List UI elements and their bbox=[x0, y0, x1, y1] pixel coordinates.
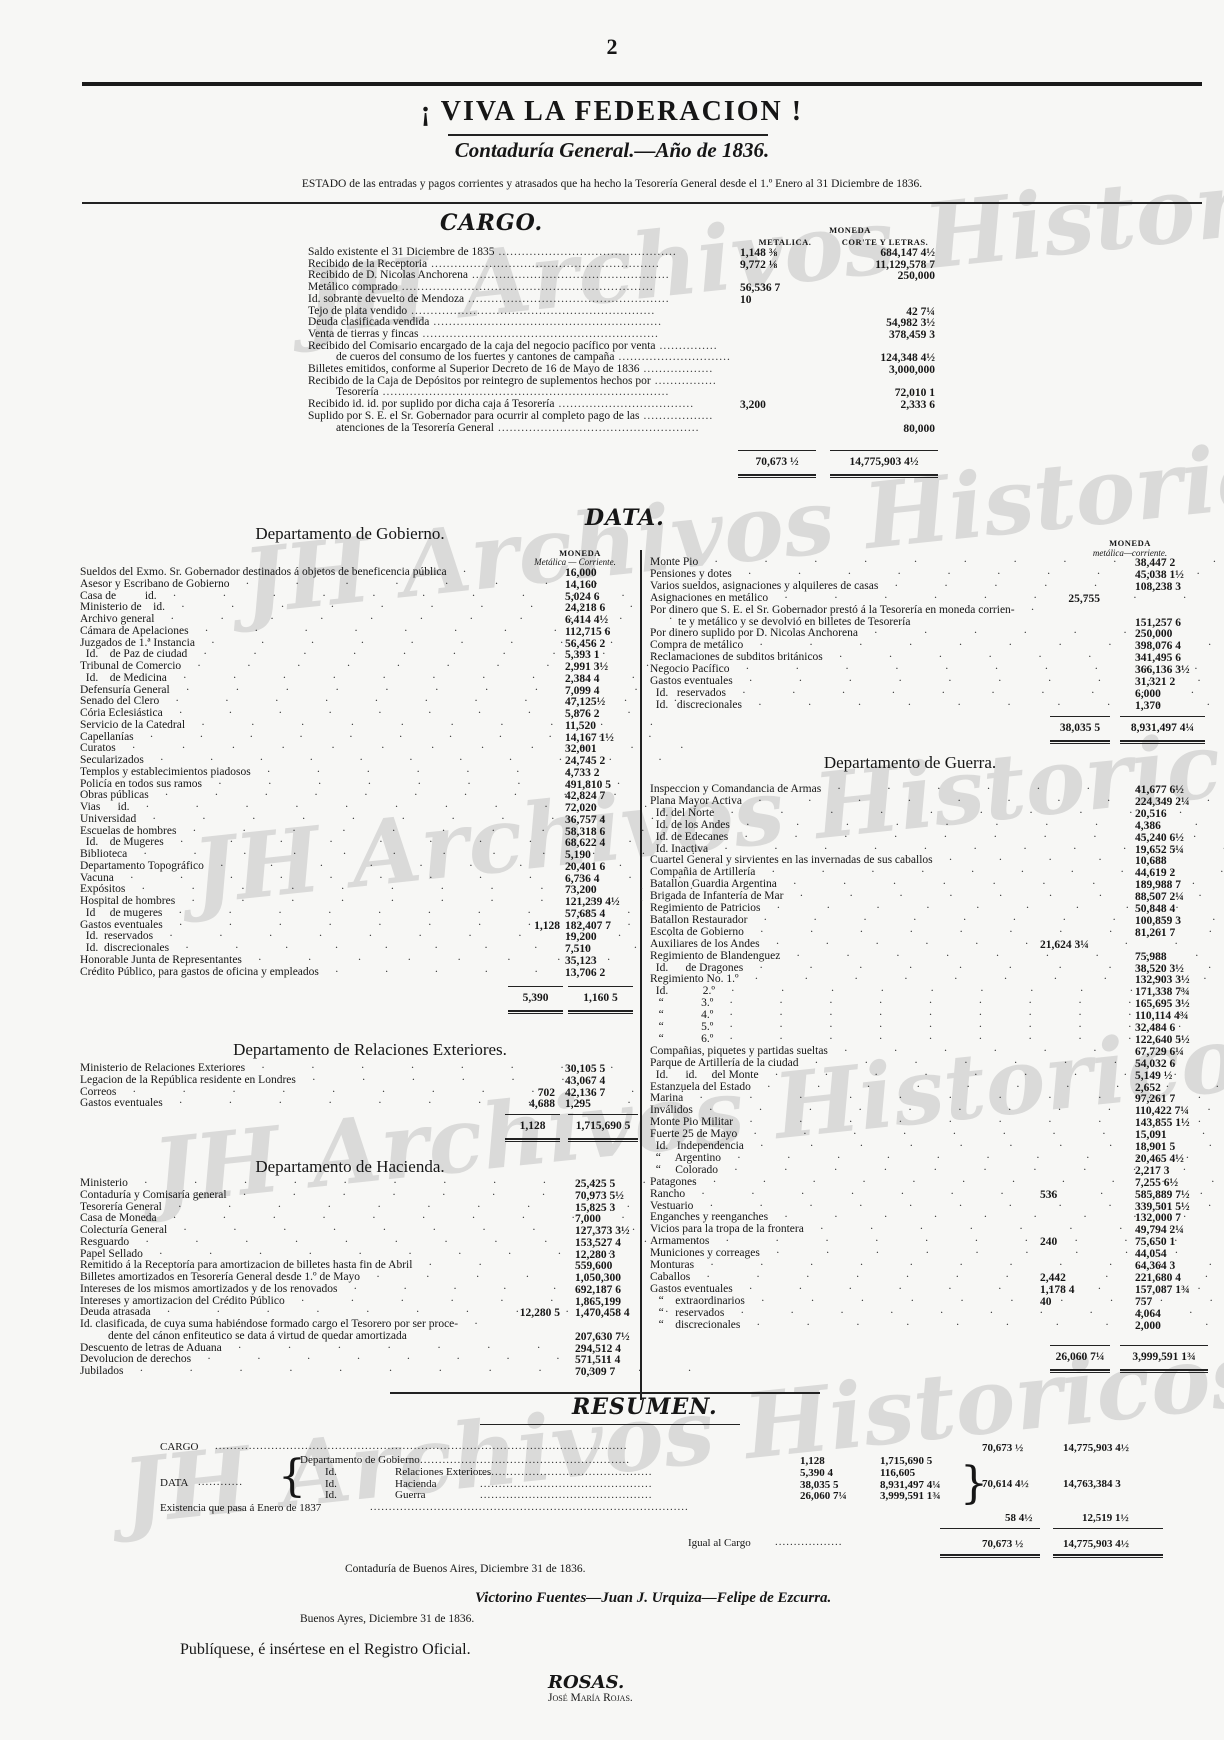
leader-dashes: · bbox=[474, 1319, 478, 1331]
resumen-cargo-label: CARGO bbox=[160, 1442, 199, 1454]
table-row: Resguardo· · · · · · · · · · · · bbox=[80, 1237, 510, 1249]
corriente-value: 13,706 2 bbox=[565, 967, 635, 979]
header-rule bbox=[82, 202, 1202, 204]
resumen-igual-metalica: 70,673 ½ bbox=[982, 1538, 1052, 1550]
leader-dashes: · · · · · · · · bbox=[814, 1058, 1167, 1070]
table-row: Id. de Edecanes· · · · · · · · · · · bbox=[650, 832, 1070, 844]
table-row: Id. discrecionales· · · · · · · · · · bbox=[650, 700, 1070, 712]
leader-dashes: · · · · · · · · · bbox=[784, 593, 1186, 605]
corriente-value: 57,685 4 bbox=[565, 908, 635, 920]
leader-dashes: · · · · · · · · bbox=[261, 1063, 614, 1075]
row-label: Id. de Medicina bbox=[80, 673, 167, 685]
row-label: Patagones bbox=[650, 1177, 697, 1189]
double-rule bbox=[940, 1554, 1040, 1558]
leader-dots: ........................................… bbox=[402, 282, 654, 294]
row-label-cont: atenciones de la Tesorería General bbox=[336, 423, 494, 435]
table-row: Vias id.· · · · · · · · · · · bbox=[80, 802, 510, 814]
corriente-value: 35,123 bbox=[565, 955, 635, 967]
table-row: Saldo existente el 31 Diciembre de 1835.… bbox=[308, 247, 748, 259]
total-rule bbox=[830, 450, 938, 451]
row-label: Resguardo bbox=[80, 1237, 129, 1249]
row-label: Contaduría y Comisaría general bbox=[80, 1190, 227, 1202]
row-label: “ 4.º bbox=[650, 1010, 713, 1022]
table-row: Secularizados· · · · · · · · · · · bbox=[80, 755, 510, 767]
row-label: Marina bbox=[650, 1093, 683, 1105]
signatories: Victorino Fuentes—Juan J. Urquiza—Felipe… bbox=[475, 1590, 831, 1607]
table-row: Auxiliares de los Andes· · · · · · · · ·… bbox=[650, 939, 1070, 951]
corriente-value: 151,257 6 bbox=[1135, 617, 1215, 629]
table-row: Batallon Restaurador· · · · · · · · · · bbox=[650, 915, 1070, 927]
metalica-value: 1,178 4 bbox=[1040, 1284, 1110, 1296]
corriente-value: 11,520 bbox=[565, 720, 635, 732]
row-label: Id. del Norte bbox=[650, 808, 714, 820]
row-label: “ discrecionales bbox=[650, 1320, 740, 1332]
row-label: “ 6.º bbox=[650, 1034, 713, 1046]
leader-dashes: · · · · · · · bbox=[837, 784, 1140, 796]
double-rule bbox=[1053, 1554, 1163, 1558]
table-row: Legacion de la República residente en Lo… bbox=[80, 1075, 510, 1087]
double-rule bbox=[568, 1010, 633, 1014]
corriente-value: 12,280 3 bbox=[575, 1249, 645, 1261]
total-rule bbox=[508, 986, 563, 987]
table-row: Universidad· · · · · · · · · · · bbox=[80, 814, 510, 826]
leader-dashes: · · · · · · · · · bbox=[220, 861, 622, 873]
corriente-value: 20,516 bbox=[1135, 808, 1215, 820]
row-label: Caballos bbox=[650, 1272, 690, 1284]
leader-dashes: · · · · · · · · · · bbox=[179, 708, 631, 720]
total-rule bbox=[1050, 716, 1110, 717]
table-row: Pensiones y dotes· · · · · · · · · · bbox=[650, 569, 1070, 581]
row-label: Auxiliares de los Andes bbox=[650, 939, 760, 951]
row-label: Armamentos bbox=[650, 1236, 709, 1248]
row-label: Cuartel General y sirvientes en las inve… bbox=[650, 855, 933, 867]
table-row: Escolta de Gobierno· · · · · · · · · · bbox=[650, 927, 1070, 939]
corriente-value: 20,401 6 bbox=[565, 861, 635, 873]
corriente-value: 7,255 6½ bbox=[1135, 1177, 1215, 1189]
row-label: Id. de los Andes bbox=[650, 820, 730, 832]
table-row: Templos y establecimientos piadosos· · ·… bbox=[80, 767, 510, 779]
row-label: “ Argentino bbox=[650, 1153, 721, 1165]
row-label: Ministerio de Relaciones Exteriores bbox=[80, 1063, 245, 1075]
row-label: Rancho bbox=[650, 1189, 685, 1201]
leader-dashes: · · · · · · · · bbox=[258, 955, 611, 967]
resumen-data-prefix: Departamento de Gobierno bbox=[300, 1455, 420, 1467]
row-label: Biblioteca bbox=[80, 849, 127, 861]
table-row: Crédito Público, para gastos de oficina … bbox=[80, 967, 510, 979]
leader-dashes: · bbox=[463, 567, 467, 579]
leader-dots: ........................................… bbox=[422, 329, 658, 341]
row-label: Secularizados bbox=[80, 755, 144, 767]
leader-dashes: · bbox=[1031, 605, 1035, 617]
metalica-total: 70,673 ½ bbox=[738, 456, 816, 468]
corriente-value: 684,147 4½ bbox=[835, 247, 935, 259]
corriente-value: 757 bbox=[1135, 1296, 1215, 1308]
row-label: Compañias, piquetes y partidas sueltas bbox=[650, 1046, 828, 1058]
table-row: Caballos· · · · · · · · · · · · bbox=[650, 1272, 1070, 1284]
row-label: Regimiento No. 1.º bbox=[650, 974, 739, 986]
hacienda-title: Departamento de Hacienda. bbox=[160, 1157, 540, 1177]
contaduria-date: Contaduría de Buenos Aires, Diciembre 31… bbox=[345, 1563, 586, 1575]
metalica-value: 1,148 ⅜ bbox=[740, 247, 798, 259]
table-row: “ 6.º· · · · · · · · · · · bbox=[650, 1034, 1070, 1046]
corriente-total: 1,715,690 5 bbox=[568, 1120, 638, 1132]
metalica-value: 10 bbox=[740, 294, 798, 306]
row-label-cont: te y metálico y se devolvió en billetes … bbox=[678, 617, 910, 629]
metalica-value: 40 bbox=[1040, 1296, 1110, 1308]
metalica-value: 536 bbox=[1040, 1189, 1110, 1201]
double-rule bbox=[568, 1138, 638, 1142]
leader-dots: ................................... bbox=[558, 399, 694, 411]
row-label: Id. Independencia bbox=[650, 1141, 744, 1153]
motto-heading: ¡ VIVA LA FEDERACION ! bbox=[0, 96, 1224, 128]
corriente-value: 398,076 4 bbox=[1135, 640, 1215, 652]
row-label: Billetes amortizados en Tesorería Genera… bbox=[80, 1272, 360, 1284]
metalica-value: 9,772 ⅛ bbox=[740, 259, 798, 271]
cargo-corriente-header: COR'TE Y LETRAS. bbox=[830, 237, 940, 247]
table-row: Jubilados· · · · · · · · · · · · bbox=[80, 1366, 510, 1378]
corriente-value: 250,000 bbox=[835, 270, 935, 282]
row-label: Hospital de hombres bbox=[80, 896, 175, 908]
corriente-value: 11,129,578 7 bbox=[835, 259, 935, 271]
row-label: “ 5.º bbox=[650, 1022, 713, 1034]
leader-dots: .................. bbox=[775, 1536, 843, 1548]
gobierno-title: Departamento de Gobierno. bbox=[160, 524, 540, 544]
cargo-metalica-header: METALICA. bbox=[745, 237, 825, 247]
corriente-value: 5,149 ½ bbox=[1135, 1070, 1215, 1082]
table-row: “ Argentino· · · · · · · · · · · bbox=[650, 1153, 1070, 1165]
corriente-value: 207,630 7½ bbox=[575, 1331, 645, 1343]
table-row: Billetes emitidos, conforme al Superior … bbox=[308, 364, 748, 376]
corriente-value: 585,889 7½ bbox=[1135, 1189, 1215, 1201]
leader-dots: ........................................… bbox=[215, 1440, 628, 1452]
double-rule bbox=[505, 1138, 560, 1142]
row-label: Id. 2.º bbox=[650, 986, 715, 998]
row-label: Regimiento de Patricios bbox=[650, 903, 761, 915]
row-label: Id. clasificada, de cuya suma habiéndose… bbox=[80, 1319, 458, 1331]
row-label: Pensiones y dotes bbox=[650, 569, 732, 581]
row-label: Servicio de la Catedral bbox=[80, 720, 185, 732]
motto-rule bbox=[448, 134, 768, 136]
row-label: “ 3.º bbox=[650, 998, 713, 1010]
corriente-value: 2,217 3 bbox=[1135, 1165, 1215, 1177]
metalica-value: 4,688 bbox=[505, 1098, 555, 1110]
corriente-value: 108,238 3 bbox=[1135, 581, 1215, 593]
corriente-value: 54,032 6 bbox=[1135, 1058, 1215, 1070]
row-label: Gastos eventuales bbox=[650, 676, 733, 688]
leader-dots: .................. bbox=[644, 411, 714, 423]
corriente-value: 43,067 4 bbox=[565, 1075, 635, 1087]
table-row: Id. sobrante devuelto de Mendoza........… bbox=[308, 294, 748, 306]
leader-dots: ........................................… bbox=[480, 1478, 653, 1490]
row-label: Cámara de Apelaciones bbox=[80, 626, 189, 638]
corriente-value: 3,000,000 bbox=[835, 364, 935, 376]
corriente-value: 2,333 6 bbox=[835, 399, 935, 411]
table-row: Servicio de la Catedral· · · · · · · · ·… bbox=[80, 720, 510, 732]
resumen-rule bbox=[480, 1424, 740, 1425]
corriente-value: 72,010 1 bbox=[835, 387, 935, 399]
row-label: Estanzuela del Estado bbox=[650, 1082, 751, 1094]
row-label: Gastos eventuales bbox=[80, 1098, 163, 1110]
row-label: Parque de Artillería de la ciudad bbox=[650, 1058, 798, 1070]
total-rule bbox=[1053, 1528, 1163, 1529]
row-label: Monte Pio Militar bbox=[650, 1117, 733, 1129]
table-row: Asesor y Escribano de Gobierno· · · · · … bbox=[80, 579, 510, 591]
resumen-data-label: DATA bbox=[160, 1478, 188, 1490]
table-row: Compañias, piquetes y partidas sueltas· … bbox=[650, 1046, 1070, 1058]
leader-dots: ........................................… bbox=[498, 423, 700, 435]
corriente-value: 1,295 bbox=[565, 1098, 635, 1110]
leader-dashes: · · · · · · · · · · bbox=[748, 569, 1200, 581]
corriente-value: 2,000 bbox=[1135, 1320, 1215, 1332]
leader-dots: ........................................… bbox=[480, 1466, 653, 1478]
right-moneda-header: MONEDA bbox=[1080, 538, 1180, 548]
leader-dashes: · · · · · · · · · · bbox=[776, 939, 1224, 951]
row-label: Reclamaciones de subditos británicos bbox=[650, 652, 823, 664]
metalica-value: 21,624 3¼ bbox=[1040, 939, 1110, 951]
row-label: Por dinero suplido por D. Nicolas Anchor… bbox=[650, 628, 858, 640]
table-row: Venta de tierras y fincas...............… bbox=[308, 329, 748, 341]
corriente-value: 153,527 4 bbox=[575, 1237, 645, 1249]
resumen-cargo-corriente: 14,775,903 4½ bbox=[1063, 1442, 1163, 1454]
table-row: Honorable Junta de Representantes· · · ·… bbox=[80, 955, 510, 967]
row-label: Vestuario bbox=[650, 1201, 693, 1213]
row-label: Brigada de Infantería de Mar bbox=[650, 891, 783, 903]
row-label: Batallon Restaurador bbox=[650, 915, 747, 927]
table-row: Id. del Norte· · · · · · · · · · · bbox=[650, 808, 1070, 820]
table-row: Regimiento de Blandenguez· · · · · · · ·… bbox=[650, 951, 1070, 963]
corriente-value: 24,745 2 bbox=[565, 755, 635, 767]
corriente-value: 81,261 7 bbox=[1135, 927, 1215, 939]
row-label: Fuerte 25 de Mayo bbox=[650, 1129, 737, 1141]
table-row: Id. id. del Monte· · · · · · · · · · bbox=[650, 1070, 1070, 1082]
resumen-igual-label: Igual al Cargo bbox=[688, 1538, 751, 1550]
row-label: “ extraordinarios bbox=[650, 1296, 745, 1308]
corriente-value: 19,652 5¼ bbox=[1135, 844, 1215, 856]
metalica-value: 3,200 bbox=[740, 399, 798, 411]
row-label: Compra de metálico bbox=[650, 640, 743, 652]
corriente-value: 54,982 3½ bbox=[835, 317, 935, 329]
leader-dots: ........................................… bbox=[499, 247, 677, 259]
table-row: “ Colorado· · · · · · · · · · · bbox=[650, 1165, 1070, 1177]
resumen-data-name: Relaciones Exteriores bbox=[395, 1467, 491, 1479]
leader-dashes: · · · · · bbox=[335, 967, 538, 979]
row-label: Escolta de Gobierno bbox=[650, 927, 744, 939]
row-label: Metálico comprado bbox=[308, 282, 398, 294]
row-label: Colecturía General bbox=[80, 1225, 167, 1237]
leader-dashes: · · · · · · · · · · bbox=[749, 1284, 1201, 1296]
table-row: Plana Mayor Activa· · · · · · · · · · bbox=[650, 796, 1070, 808]
row-label: Billetes emitidos, conforme al Superior … bbox=[308, 364, 640, 376]
row-label: Gastos eventuales bbox=[650, 1284, 733, 1296]
resumen-existencia-corriente: 12,519 1½ bbox=[1082, 1512, 1172, 1524]
resumen-data-total-corriente: 14,763,384 3 bbox=[1063, 1478, 1163, 1490]
row-label: Vias id. bbox=[80, 802, 129, 814]
resumen-title: RESUMEN. bbox=[572, 1394, 718, 1420]
table-row: Cória Eclesiástica· · · · · · · · · · bbox=[80, 708, 510, 720]
corriente-total: 3,999,591 1¾ bbox=[1120, 1351, 1208, 1363]
table-row: Biblioteca· · · · · · · · · · · · bbox=[80, 849, 510, 861]
row-label: Vicios para la tropa de la frontera bbox=[650, 1224, 804, 1236]
table-row: Contaduría y Comisaría general· · · · · … bbox=[80, 1190, 510, 1202]
resumen-data-corriente: 116,605 bbox=[880, 1467, 970, 1479]
table-row: Archivo general· · · · · · · · · · · bbox=[80, 614, 510, 626]
row-label: Saldo existente el 31 Diciembre de 1835 bbox=[308, 247, 495, 259]
row-label: Universidad bbox=[80, 814, 136, 826]
total-rule bbox=[940, 1528, 1040, 1529]
leader-dashes: · · · · · · bbox=[312, 1075, 565, 1087]
leader-dashes: · · · · · · · · · bbox=[784, 1212, 1186, 1224]
row-label: Id. de Edecanes bbox=[650, 832, 728, 844]
double-rule bbox=[1050, 1369, 1110, 1373]
row-label: Compañia de Artillería bbox=[650, 867, 755, 879]
row-label: Asesor y Escribano de Gobierno bbox=[80, 579, 229, 591]
cargo-moneda-header: MONEDA bbox=[790, 225, 910, 235]
row-label: Jubilados bbox=[80, 1366, 123, 1378]
double-rule bbox=[830, 474, 938, 478]
corriente-value: 70,309 7 bbox=[575, 1366, 645, 1378]
row-label: Ministerio bbox=[80, 1178, 128, 1190]
corriente-total: 1,160 5 bbox=[568, 992, 633, 1004]
leader-dots: ........................................… bbox=[370, 1501, 689, 1513]
row-label: Id. id. del Monte bbox=[650, 1070, 759, 1082]
table-row: Tribunal de Comercio· · · · · · · · · · bbox=[80, 661, 510, 673]
leader-dashes: · · · · · · · · · · bbox=[749, 676, 1201, 688]
row-label: Inválidos bbox=[650, 1105, 693, 1117]
table-row: Patagones· · · · · · · · · · · · bbox=[650, 1177, 1070, 1189]
table-row: Id de mugeres· · · · · · · · · · bbox=[80, 908, 510, 920]
leader-dashes: · · · · · · · · bbox=[820, 1224, 1173, 1236]
guerra-title: Departamento de Guerra. bbox=[760, 753, 1060, 773]
row-label: Honorable Junta de Representantes bbox=[80, 955, 242, 967]
metalica-value: 12,280 5 bbox=[505, 1307, 560, 1319]
total-rule bbox=[738, 450, 816, 451]
corriente-value: 559,600 bbox=[575, 1260, 645, 1272]
corriente-value: 36,757 4 bbox=[565, 814, 635, 826]
row-label: Plana Mayor Activa bbox=[650, 796, 742, 808]
table-row: Id. de Medicina· · · · · · · · · · bbox=[80, 673, 510, 685]
double-rule bbox=[738, 474, 816, 478]
table-row: Ministerio· · · · · · · · · · · · bbox=[80, 1178, 510, 1190]
corriente-value: 1,370 bbox=[1135, 700, 1215, 712]
row-label: Id de mugeres bbox=[80, 908, 162, 920]
leader-dashes: · · · · · · bbox=[894, 581, 1147, 593]
table-row: Id. de los Andes· · · · · · · · · · · bbox=[650, 820, 1070, 832]
table-row: Por dinero que S. E. el Sr. Gobernador p… bbox=[650, 605, 1070, 617]
estado-description: ESTADO de las entradas y pagos corriente… bbox=[0, 178, 1224, 190]
top-rule bbox=[82, 82, 1202, 86]
leader-dots: .................. bbox=[644, 364, 714, 376]
corriente-value: 4,064 bbox=[1135, 1308, 1215, 1320]
corriente-value: 378,459 3 bbox=[835, 329, 935, 341]
row-label: Id. discrecionales bbox=[80, 943, 169, 955]
double-rule bbox=[508, 1010, 563, 1014]
table-row: Id. reservados· · · · · · · · · · · bbox=[650, 688, 1070, 700]
place-date: Buenos Ayres, Diciembre 31 de 1836. bbox=[300, 1613, 474, 1625]
row-label: Municiones y correages bbox=[650, 1248, 760, 1260]
leader-dashes: · · · · · · · · · bbox=[777, 903, 1179, 915]
row-label: Sueldos del Exmo. Sr. Gobernador destina… bbox=[80, 567, 447, 579]
leader-dots: ........................................… bbox=[420, 1454, 630, 1466]
resumen-data-prefix: Id. bbox=[325, 1467, 337, 1479]
row-label: “ Colorado bbox=[650, 1165, 718, 1177]
table-row: Departamento Topográfico· · · · · · · · … bbox=[80, 861, 510, 873]
leader-dashes: · · · · bbox=[376, 1272, 529, 1284]
row-label: Negocio Pacífico bbox=[650, 664, 730, 676]
table-row: Colecturía General· · · · · · · · · · bbox=[80, 1225, 510, 1237]
metalica-value: 56,536 7 bbox=[740, 282, 798, 294]
row-label: Inspeccion y Comandancia de Armas bbox=[650, 784, 821, 796]
total-rule bbox=[568, 986, 633, 987]
corriente-value: 2,384 4 bbox=[565, 673, 635, 685]
corriente-value: 112,715 6 bbox=[565, 626, 635, 638]
row-label: Monte Pio bbox=[650, 557, 698, 569]
total-rule bbox=[505, 1114, 560, 1115]
resumen-data-total-metalica: 70,614 4½ bbox=[982, 1478, 1052, 1490]
row-label: Id. reservados bbox=[650, 688, 726, 700]
table-row: Id. discrecionales· · · · · · · · · · bbox=[80, 943, 510, 955]
secretary-signature: José María Rojas. bbox=[548, 1692, 633, 1704]
corriente-value: 692,187 6 bbox=[575, 1284, 645, 1296]
leader-dots: ........................................… bbox=[468, 294, 670, 306]
leader-dashes: · · · · · · · · · · bbox=[749, 1117, 1201, 1129]
resumen-existencia-metalica: 58 4½ bbox=[1005, 1512, 1055, 1524]
resumen-data-metalica: 1,128 bbox=[800, 1455, 870, 1467]
row-label: Templos y establecimientos piadosos bbox=[80, 767, 251, 779]
table-row: Hospital de hombres· · · · · · · · · · bbox=[80, 896, 510, 908]
leader-dashes: · · · · · · · · · · bbox=[178, 908, 630, 920]
table-row: Rancho· · · · · · · · · · · · bbox=[650, 1189, 1070, 1201]
leader-dashes: · · · · · · · · bbox=[243, 1190, 596, 1202]
resumen-data-metalica: 5,390 4 bbox=[800, 1467, 870, 1479]
table-row: Billetes amortizados en Tesorería Genera… bbox=[80, 1272, 510, 1284]
leader-dashes: · · · · · · · bbox=[839, 652, 1142, 664]
row-label: Id. Inactiva bbox=[650, 844, 708, 856]
double-rule bbox=[1120, 1369, 1208, 1373]
row-label: Legacion de la República residente en Lo… bbox=[80, 1075, 296, 1087]
row-label: Asignaciones en metálico bbox=[650, 593, 768, 605]
corriente-total: 8,931,497 4¼ bbox=[1120, 722, 1205, 734]
resumen-data-metalica: 38,035 5 bbox=[800, 1479, 870, 1491]
row-label: Venta de tierras y fincas bbox=[308, 329, 418, 341]
table-row: Cámara de Apelaciones· · · · · · · · · · bbox=[80, 626, 510, 638]
corriente-value: 1,470,458 4 bbox=[575, 1307, 645, 1319]
corriente-value: 124,348 4½ bbox=[835, 352, 935, 364]
row-label: Id. de Dragones bbox=[650, 963, 743, 975]
metalica-total: 1,128 bbox=[505, 1120, 560, 1132]
relaciones-title: Departamento de Relaciones Exteriores. bbox=[160, 1040, 580, 1060]
resumen-data-prefix: Id. bbox=[325, 1490, 337, 1502]
corriente-value: 70,973 5½ bbox=[575, 1190, 645, 1202]
corriente-value: 4,733 2 bbox=[565, 767, 635, 779]
table-row: Asignaciones en metálico· · · · · · · · … bbox=[650, 593, 1070, 605]
corriente-value: 67,729 6¼ bbox=[1135, 1046, 1215, 1058]
corriente-value: 1,050,300 bbox=[575, 1272, 645, 1284]
row-label: Id. sobrante devuelto de Mendoza bbox=[308, 294, 464, 306]
data-title: DATA. bbox=[585, 505, 665, 531]
leader-dots: ........................................… bbox=[480, 1489, 653, 1501]
row-label: Enganches y reenganches bbox=[650, 1212, 768, 1224]
table-row: Sueldos del Exmo. Sr. Gobernador destina… bbox=[80, 567, 510, 579]
total-rule bbox=[1120, 1345, 1208, 1346]
leader-dots: ............ bbox=[198, 1476, 243, 1488]
leader-dashes: · · · · · · · bbox=[267, 767, 570, 779]
row-label: Id. discrecionales bbox=[650, 700, 742, 712]
table-row: Parque de Artillería de la ciudad· · · ·… bbox=[650, 1058, 1070, 1070]
page-number: 2 bbox=[0, 34, 1224, 60]
row-label: Intereses de los mismos amortizados y de… bbox=[80, 1284, 337, 1296]
leader-dashes: · · · · · · · · · · bbox=[179, 1098, 631, 1110]
table-row: “ discrecionales· · · · · · · · · · bbox=[650, 1320, 1070, 1332]
